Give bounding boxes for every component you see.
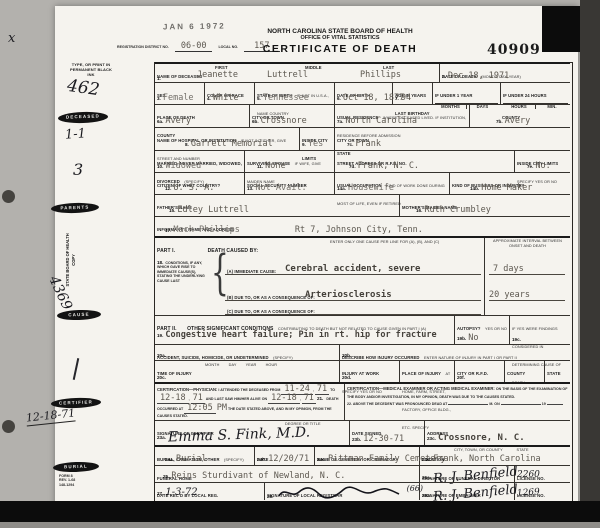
embalmer-license-value: 1269 [517,488,540,499]
scanner-black-band [0,501,600,522]
father-name-field: FATHER'S NAME 15.Edley Luttrell [155,195,400,216]
certifier-address-value: Crossnore, N. C. [438,433,525,443]
autopsy-value: No [468,334,478,343]
surviving-spouse-field: SURVIVING SPOUSE IF WIFE, GIVE MAIDEN NA… [245,151,335,172]
certificate-paper: JAN 6 1972 REGISTRATION DISTRICT NO. 06-… [55,6,578,512]
name-last: Phillips [360,71,401,80]
conditions-note: 18.CONDITIONS, IF ANY, WHICH GAVE RISE T… [157,260,209,283]
date-signed-value: 12-30-71 [363,435,404,444]
other-conditions-field: PART II. OTHER SIGNIFICANT CONDITIONS CO… [155,316,455,344]
state-of-birth-field: STATE OF BIRTH IF NOT IN U.S.A., NAME CO… [255,83,335,104]
row-parents: FATHER'S NAME 15.Edley Luttrell MOTHER'S… [155,194,570,216]
interval-a-line [489,274,565,275]
hospital-value: Garrett Memorial [191,140,273,149]
pod-city-value: Crossnore [261,117,307,126]
ssn-value: Not Avail. [255,184,306,193]
registration-district-label: REGISTRATION DISTRICT NO. [117,45,169,49]
date-signed-field: DATE SIGNED 23b.12-30-71 [350,421,425,445]
burial-type-value: Burial [176,455,207,464]
burial-type-field: BURIAL, CREMATION, OTHER (SPECIFY) 24a.B… [155,447,255,465]
local-registrar-signature-field: SIGNATURE OF LOCAL REGISTRAR 28. (66) [265,483,420,500]
row-hospital: NAME OF HOSPITAL OR INSTITUTION IF NOT I… [155,127,570,150]
place-of-injury-field: PLACE OF INJURY AT HOME, FARM, STREET, F… [400,361,455,382]
funeral-home-field: FUNERAL HOME 25.Reins Sturdivant of Newl… [155,466,420,482]
autopsy-field: AUTOPSY? YES OR NO 19b.No [455,316,510,344]
residence-city-field: CITY OR TOWN 7c.Frank [335,128,570,150]
time-of-death: 12:05 [184,403,216,414]
certifier-address-field: ADDRESS 23c.Crossnore, N. C. [425,421,570,445]
accident-type-field: ACCIDENT, SUICIDE, HOMICIDE, OR UNDETERM… [155,345,340,360]
copy-designation: STATE BOARD OF HEALTH COPY [65,230,77,290]
pronounced-blank [448,404,488,405]
row-certifier-signature: SIGNATURE OF CERTIFIER DEGREE OR TITLE 2… [155,420,570,445]
time-of-injury-field: TIME OF INJURY MONTH DAY YEAR HOUR 20c. [155,361,340,382]
age-value: 94 [401,94,411,103]
form-header: NORTH CAROLINA STATE BOARD OF HEALTH OFF… [205,28,475,55]
row-accident: ACCIDENT, SUICIDE, HOMICIDE, OR UNDETERM… [155,344,570,360]
row-citizen: CITIZEN OF WHAT COUNTRY? 12.U. S. A. SOC… [155,172,570,194]
director-license-field: LICENSE NO. 2260 [515,466,570,482]
last-alive: 12-18 [268,393,300,404]
cause-b-value: Arteriosclerosis [305,290,392,300]
age-field: AGE IN YEARS LAST BIRTHDAY 7.94 [393,83,433,104]
name-label: NAME OF DECEASED [157,74,202,79]
citizenship-value: U. S. A. [173,184,214,193]
handwritten-3: 3 [73,162,83,178]
type-note: TYPE, OR PRINT IN PERMANENT BLACK INK [69,62,113,78]
marital-status-value: Widowed [165,162,201,171]
row-injury-details: TIME OF INJURY MONTH DAY YEAR HOUR 20c. … [155,360,570,382]
marital-status-field: MARRIED, NEVER MARRIED, WIDOWED, DIVORCE… [155,151,245,172]
surviving-spouse-value: None [265,162,285,171]
handwritten-462: 462 [66,78,101,99]
industry-field: KIND OF BUSINESS OR INDUSTRY 14b.Home Ma… [450,173,570,194]
residence-city-value: Frank [355,140,381,149]
race-value: White [213,94,239,103]
informant-name-value: Mack Phillips [173,226,240,235]
sex-field: SEX 3.Female [155,83,205,104]
residence-inside-city-limits-value: No. [535,162,550,171]
handwritten-tick [73,358,80,380]
citizenship-field: CITIZEN OF WHAT COUNTRY? 12.U. S. A. [155,173,245,194]
informant-field: INFORMANT'S NAME AND ADDRESS 17. Mack Ph… [155,217,570,236]
interval-column: APPROXIMATE INTERVAL BETWEEN ONSET AND D… [485,238,570,315]
burial-date-field: DATE 24b.12/20/71 [255,447,315,465]
residence-state-value: North Carolina [345,117,417,126]
cause-a-value: Cerebral accident, severe [285,264,420,274]
cause-stamp: CAUSE [57,309,101,321]
physician-certification: CERTIFICATION—PHYSICIAN: I ATTENDED THE … [155,384,345,420]
date-of-death-field: DATE OF DEATH (MONTH, DAY, YEAR) 2.Dec 1… [440,64,570,82]
sex-value: Female [163,94,194,103]
handwritten-x: x [8,32,15,45]
under-1-year-field: IF UNDER 1 YEAR MONTHS DAYS [433,83,501,104]
board-title: NORTH CAROLINA STATE BOARD OF HEALTH [205,28,475,35]
name-first: Jeanette [197,71,238,80]
certificate-number: 40909 [487,42,541,58]
under-24-hours-field: IF UNDER 24 HOURS HOURS MIN. [501,83,570,104]
certifier-signature-field: SIGNATURE OF CERTIFIER DEGREE OR TITLE 2… [155,421,350,445]
part1-cause-of-death: PART I. DEATH CAUSED BY: ENTER ONLY ONE … [155,236,570,315]
part2-other-conditions: PART II. OTHER SIGNIFICANT CONDITIONS CO… [155,315,570,344]
director-license-value: 2260 [517,471,540,480]
cemetery-field: NAME OF CEMETERY OR CREMATORY 24c.Pittma… [315,447,420,465]
mother-name-value: Ruth Crumbley [424,206,491,215]
embalmer-license-field: LICENSE NO. 1269 [515,483,570,500]
pod-county-field: PLACE OF DEATH COUNTY 6a.Avery [155,105,250,127]
hospital-field: NAME OF HOSPITAL OR INSTITUTION IF NOT I… [155,128,300,150]
certificate-title: CERTIFICATE OF DEATH [205,43,475,56]
row-certification: CERTIFICATION—PHYSICIAN: I ATTENDED THE … [155,382,570,420]
injury-city-field: CITY OR R.F.D. 20f. [455,361,505,382]
row-informant: INFORMANT'S NAME AND ADDRESS 17. Mack Ph… [155,216,570,236]
interval-b-line [489,300,565,301]
industry-value: Home Maker [481,184,532,193]
row-marital: MARRIED, NEVER MARRIED, WIDOWED, DIVORCE… [155,150,570,172]
scan-right-strip [580,0,600,520]
injury-county-field: COUNTY [505,361,545,382]
state-of-birth-value: Tennessee [263,94,309,103]
residence-inside-city-limits-field: INSIDE CITY LIMITS SPECIFY YES OR NO 7e.… [515,151,570,172]
row-name: NAME OF DECEASED FIRST MIDDLE LAST 1. Je… [155,62,570,82]
row-burial: BURIAL, CREMATION, OTHER (SPECIFY) 24a.B… [155,445,570,465]
name-middle: Luttrell [267,71,308,80]
residence-state-field: USUAL RESIDENCE WHERE DECEASED LIVED. IF… [335,105,470,127]
scanned-death-certificate: JAN 6 1972 REGISTRATION DISTRICT NO. 06-… [0,0,600,528]
pod-inside-city-limits-value: Yes [308,140,323,149]
interval-b-value: 20 years [489,291,530,300]
medical-examiner-certification: CERTIFICATION—MEDICAL EXAMINER OR ACTING… [345,384,570,420]
occupation-field: USUAL OCCUPATION KIND OF WORK DONE DURIN… [335,173,450,194]
row-vitals: SEX 3.Female COLOR OR RACE 4.White STATE… [155,82,570,104]
date-of-death-value: Dec 18, 1971 [448,72,509,81]
burial-location-value: Frank, North Carolina [433,455,540,464]
other-conditions-value: Congestive heart failure; Pin in rt. hip… [165,330,436,340]
form-revision-note: FORM 8 REV. 1-68 148-1294 [59,474,87,487]
name-of-deceased-field: NAME OF DECEASED FIRST MIDDLE LAST 1. Je… [155,64,440,82]
hole-punch-top [2,190,15,203]
hole-punch-bottom [2,420,15,433]
burial-stamp: BURIAL [53,461,99,473]
residence-county-value: Avery [505,117,531,126]
mother-name-field: MOTHER'S MAIDEN NAME 16.Ruth Crumbley [400,195,570,216]
funeral-home-value: Reins Sturdivant of Newland, N. C. [171,472,345,481]
date-of-birth-field: DATE OF BIRTH 6.Oct 18, 1877 [335,83,393,104]
funeral-director-signature-field: SIGNATURE OF FUNERAL DIRECTOR 26a. R. J.… [420,466,515,482]
deceased-stamp: DECEASED [58,111,108,124]
scan-bottom-edge [0,522,600,528]
local-registrar-signature [277,485,402,500]
row-place-of-death: PLACE OF DEATH COUNTY 6a.Avery CITY OR T… [155,104,570,127]
interval-a-value: 7 days [493,265,524,274]
ssn-field: SOCIAL SECURITY NUMBER 13.Not Avail. [245,173,335,194]
race-field: COLOR OR RACE 4.White [205,83,255,104]
injury-state-field: STATE [545,361,570,382]
row-funeral-home: FUNERAL HOME 25.Reins Sturdivant of Newl… [155,465,570,482]
row-registrar: DATE REC'D BY LOCAL REG. 27. 1-3-72 SIGN… [155,482,570,500]
certifier-signature-value: Emma S. Fink, M.D. [168,426,311,445]
parents-stamp: PARENTS [51,202,99,214]
injury-at-work-field: INJURY AT WORK SPECIFY YES OR NO 20d. [340,361,400,382]
street-address-value: Frank, N. C. [358,162,419,171]
handwritten-1-1: 1-1 [65,127,87,141]
pod-county-value: Avery [165,117,191,126]
how-injury-occurred-field: DESCRIBE HOW INJURY OCCURRED ENTER NATUR… [340,345,570,360]
burial-location-field: LOCATION CITY, TOWN, OR COUNTY STATE 24d… [420,447,570,465]
father-name-value: Edley Luttrell [177,206,249,215]
occupation-value: Housewife [348,184,394,193]
embalmer-signature-field: SIGNATURE OF EMBALMER 29a. R. J. Benfiel… [420,483,515,500]
date-received-field: DATE REC'D BY LOCAL REG. 27. 1-3-72 [155,483,265,500]
cause-lines-area: PART I. DEATH CAUSED BY: ENTER ONLY ONE … [155,238,485,315]
autopsy-findings-field: IF YES WERE FINDINGS CONSIDERED IN DETER… [510,316,570,344]
pod-city-field: CITY OR TOWN 6b.Crossnore [250,105,335,127]
burial-date-value: 12/20/71 [268,455,309,464]
date-received-value: 1-3-72 [165,488,197,498]
informant-address-value: Rt 7, Johnson City, Tenn. [295,226,423,235]
office-title: OFFICE OF VITAL STATISTICS [205,35,475,43]
street-address-field: STREET ADDRESS OR R.F.D. No. 7d.Frank, N… [335,151,515,172]
residence-county-field: COUNTY 7b.Avery [470,105,570,127]
pod-inside-city-limits-field: INSIDE CITY LIMITS 9.Yes [300,128,335,150]
